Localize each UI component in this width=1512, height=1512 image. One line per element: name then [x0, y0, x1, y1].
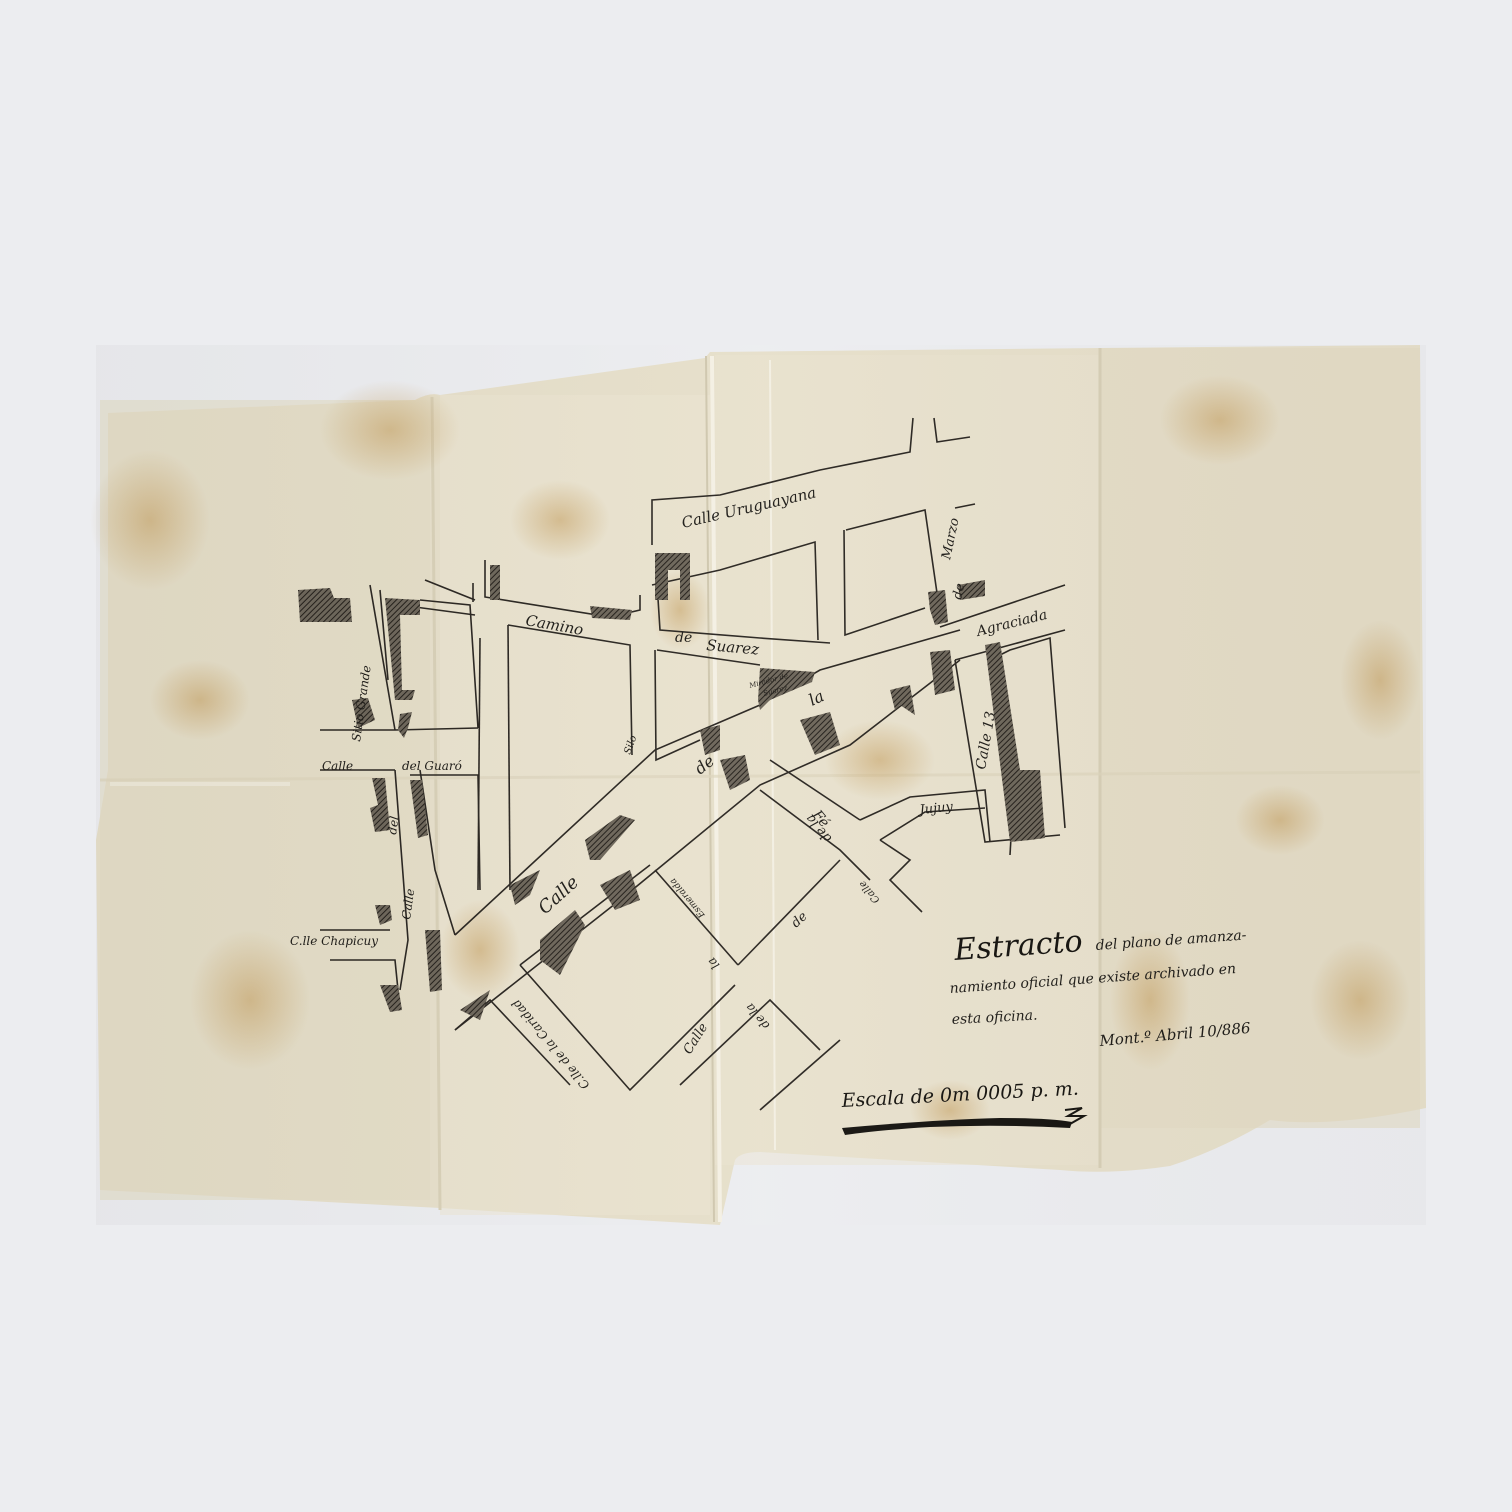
paper-sheet: [90, 345, 1426, 1225]
label-del-guaro: del Guaró: [402, 759, 462, 773]
label-del: del: [385, 815, 401, 836]
map-photo: Calle Uruguayana Camino de Suarez Mirado…: [0, 0, 1512, 1512]
label-calle-guaro: Calle: [322, 759, 353, 773]
label-chapicuy: C.lle Chapicuy: [290, 934, 378, 948]
label-de: de: [675, 630, 692, 646]
